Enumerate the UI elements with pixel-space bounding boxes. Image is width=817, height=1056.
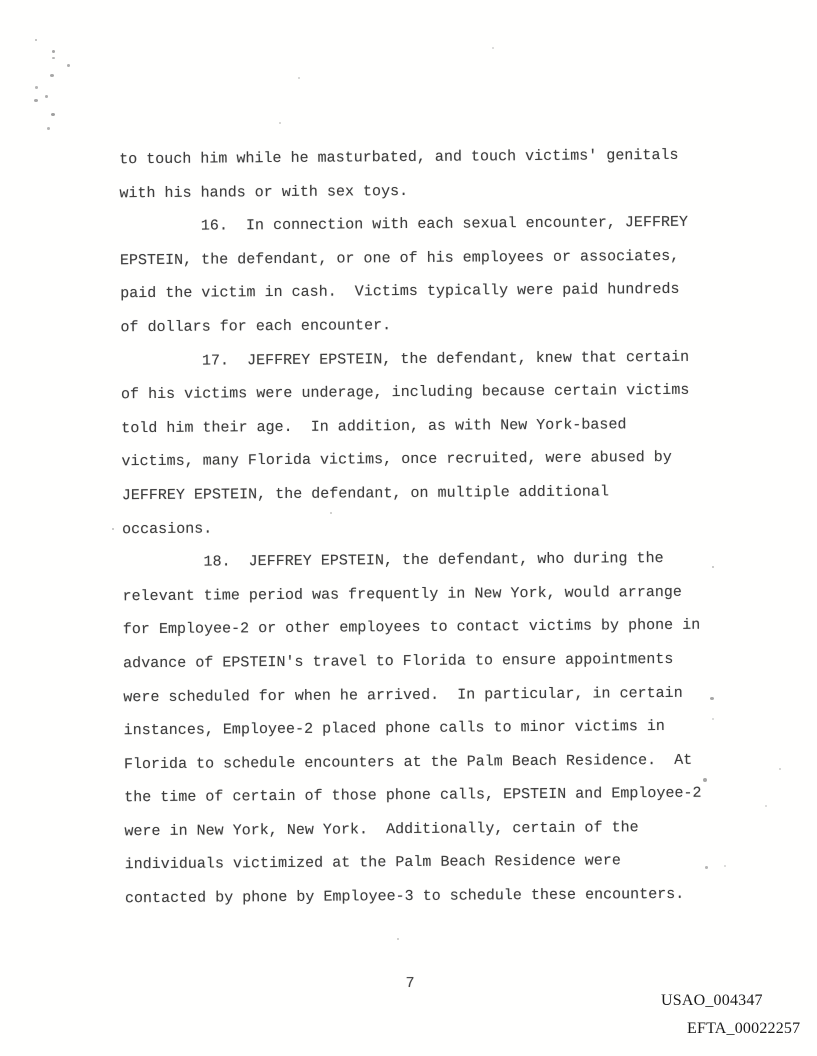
text-line: of dollars for each encounter. bbox=[120, 306, 740, 344]
text-line: individuals victimized at the Palm Beach… bbox=[125, 844, 745, 882]
scan-speck bbox=[67, 64, 70, 67]
scan-speck bbox=[779, 768, 781, 770]
text-line: EPSTEIN, the defendant, or one of his em… bbox=[120, 239, 740, 277]
text-line: occasions. bbox=[122, 508, 742, 546]
bates-stamp-usao: USAO_004347 bbox=[661, 992, 763, 1010]
scan-speck bbox=[45, 95, 48, 98]
scan-speck bbox=[712, 566, 714, 568]
scan-speck bbox=[397, 938, 399, 940]
text-line: 17. JEFFREY EPSTEIN, the defendant, knew… bbox=[121, 340, 741, 378]
text-line: to touch him while he masturbated, and t… bbox=[119, 138, 739, 176]
text-line: advance of EPSTEIN's travel to Florida t… bbox=[123, 642, 743, 680]
scan-speck bbox=[492, 47, 494, 49]
scan-speck bbox=[34, 99, 38, 102]
text-line: contacted by phone by Employee-3 to sche… bbox=[125, 877, 745, 915]
text-line: paid the victim in cash. Victims typical… bbox=[120, 273, 740, 311]
scan-speck bbox=[330, 512, 332, 514]
body-text: to touch him while he masturbated, and t… bbox=[119, 138, 745, 916]
scan-speck bbox=[765, 805, 767, 807]
scan-speck bbox=[50, 74, 54, 77]
scan-speck bbox=[35, 39, 37, 41]
text-line: of his victims were underage, including … bbox=[121, 374, 741, 412]
document-page: to touch him while he masturbated, and t… bbox=[0, 0, 817, 1056]
scan-speck bbox=[52, 50, 55, 53]
scan-speck bbox=[35, 86, 38, 89]
text-line: relevant time period was frequently in N… bbox=[122, 575, 742, 613]
scan-speck bbox=[279, 122, 281, 124]
text-line: victims, many Florida victims, once recr… bbox=[121, 441, 741, 479]
scan-speck bbox=[47, 127, 50, 130]
scan-speck bbox=[712, 718, 714, 720]
text-line: Florida to schedule encounters at the Pa… bbox=[124, 743, 744, 781]
page-number: 7 bbox=[406, 975, 415, 992]
text-line: 16. In connection with each sexual encou… bbox=[120, 206, 740, 244]
text-line: the time of certain of those phone calls… bbox=[124, 777, 744, 815]
bates-stamp-efta: EFTA_00022257 bbox=[687, 1020, 800, 1038]
text-line: with his hands or with sex toys. bbox=[119, 172, 739, 210]
scan-speck bbox=[710, 697, 714, 700]
text-line: were scheduled for when he arrived. In p… bbox=[123, 676, 743, 714]
scan-speck bbox=[298, 77, 300, 79]
scan-speck bbox=[703, 778, 707, 782]
scan-speck bbox=[51, 113, 55, 116]
text-line: JEFFREY EPSTEIN, the defendant, on multi… bbox=[122, 474, 742, 512]
scan-speck bbox=[724, 865, 726, 867]
text-line: instances, Employee-2 placed phone calls… bbox=[124, 709, 744, 747]
text-line: 18. JEFFREY EPSTEIN, the defendant, who … bbox=[122, 542, 742, 580]
text-line: were in New York, New York. Additionally… bbox=[124, 810, 744, 848]
scan-speck bbox=[705, 866, 708, 869]
text-line: told him their age. In addition, as with… bbox=[121, 407, 741, 445]
typed-scan-layer: to touch him while he masturbated, and t… bbox=[0, 0, 817, 1056]
scan-speck bbox=[112, 528, 114, 530]
scan-speck bbox=[52, 57, 55, 59]
text-line: for Employee-2 or other employees to con… bbox=[123, 609, 743, 647]
